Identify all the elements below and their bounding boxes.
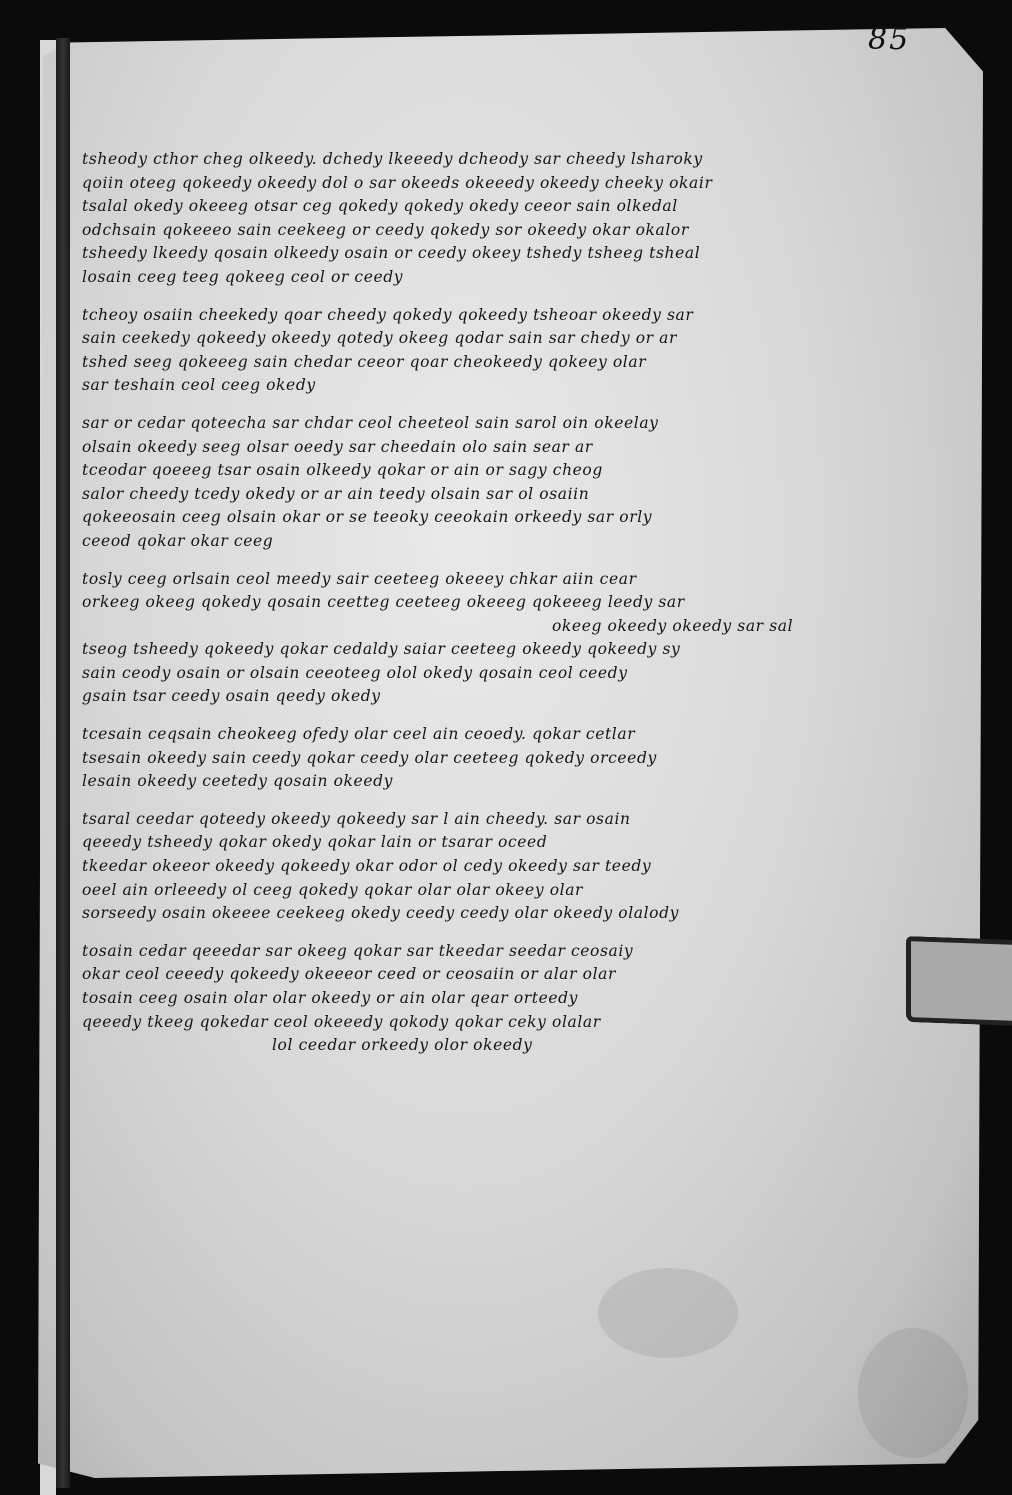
paragraph: tosain cedar qeeedar sar okeeg qokar sar…: [82, 940, 882, 1058]
text-line: lol ceedar orkeedy olor okeedy: [82, 1034, 882, 1058]
text-line: tosly ceeg orlsain ceol meedy sair ceete…: [82, 568, 882, 592]
text-line: tkeedar okeeor okeedy qokeedy okar odor …: [82, 855, 882, 879]
text-line: olsain okeedy seeg olsar oeedy sar cheed…: [82, 436, 882, 460]
paragraph: tcheoy osaiin cheekedy qoar cheedy qoked…: [82, 304, 882, 398]
text-line: tsheedy lkeedy qosain olkeedy osain or c…: [82, 242, 882, 266]
text-line: tceodar qoeeeg tsar osain olkeedy qokar …: [82, 459, 882, 483]
page-tab-marker: [906, 936, 1012, 1026]
paragraph: tcesain ceqsain cheokeeg ofedy olar ceel…: [82, 723, 882, 794]
text-line: okar ceol ceeedy qokeedy okeeeor ceed or…: [82, 963, 882, 987]
text-line: orkeeg okeeg qokedy qosain ceetteg ceete…: [82, 591, 882, 615]
text-line: lesain okeedy ceetedy qosain okeedy: [82, 770, 882, 794]
text-line: tsesain okeedy sain ceedy qokar ceedy ol…: [82, 747, 882, 771]
text-line: sorseedy osain okeeee ceekeeg okedy ceed…: [82, 902, 882, 926]
text-line: tosain cedar qeeedar sar okeeg qokar sar…: [82, 940, 882, 964]
manuscript-text: tsheody cthor cheg olkeedy. dchedy lkeee…: [82, 148, 882, 1072]
text-line: ceeod qokar okar ceeg: [82, 530, 882, 554]
text-line: gsain tsar ceedy osain qeedy okedy: [82, 685, 882, 709]
text-line: tosain ceeg osain olar olar okeedy or ai…: [82, 987, 882, 1011]
text-line: tsaral ceedar qoteedy okeedy qokeedy sar…: [82, 808, 882, 832]
text-line: tshed seeg qokeeeg sain chedar ceeor qoa…: [82, 351, 882, 375]
paragraph: sar or cedar qoteecha sar chdar ceol che…: [82, 412, 882, 554]
text-line: qeeedy tsheedy qokar okedy qokar lain or…: [82, 831, 882, 855]
text-line: odchsain qokeeeo sain ceekeeg or ceedy q…: [82, 219, 882, 243]
text-line: sar teshain ceol ceeg okedy: [82, 374, 882, 398]
binding-gutter: [56, 38, 70, 1488]
text-line: tcheoy osaiin cheekedy qoar cheedy qoked…: [82, 304, 882, 328]
text-line: sar or cedar qoteecha sar chdar ceol che…: [82, 412, 882, 436]
text-line: tsheody cthor cheg olkeedy. dchedy lkeee…: [82, 148, 882, 172]
parchment-stain: [598, 1268, 738, 1358]
text-line: salor cheedy tcedy okedy or ar ain teedy…: [82, 483, 882, 507]
text-line: tcesain ceqsain cheokeeg ofedy olar ceel…: [82, 723, 882, 747]
paragraph: tsheody cthor cheg olkeedy. dchedy lkeee…: [82, 148, 882, 290]
text-line: oeel ain orleeedy ol ceeg qokedy qokar o…: [82, 879, 882, 903]
text-line: qokeeosain ceeg olsain okar or se teeoky…: [82, 506, 882, 530]
text-line: tsalal okedy okeeeg otsar ceg qokedy qok…: [82, 195, 882, 219]
text-line: tseog tsheedy qokeedy qokar cedaldy saia…: [82, 638, 882, 662]
parchment-stain: [858, 1328, 968, 1458]
text-line: sain ceody osain or olsain ceeoteeg olol…: [82, 662, 882, 686]
text-line: qeeedy tkeeg qokedar ceol okeeedy qokody…: [82, 1011, 882, 1035]
text-line: okeeg okeedy okeedy sar sal: [82, 615, 882, 639]
folio-number: 85: [868, 22, 910, 57]
text-line: losain ceeg teeg qokeeg ceol or ceedy: [82, 266, 882, 290]
text-line: sain ceekedy qokeedy okeedy qotedy okeeg…: [82, 327, 882, 351]
paragraph: tsaral ceedar qoteedy okeedy qokeedy sar…: [82, 808, 882, 926]
text-line: qoiin oteeg qokeedy okeedy dol o sar oke…: [82, 172, 882, 196]
paragraph: tosly ceeg orlsain ceol meedy sair ceete…: [82, 568, 882, 710]
